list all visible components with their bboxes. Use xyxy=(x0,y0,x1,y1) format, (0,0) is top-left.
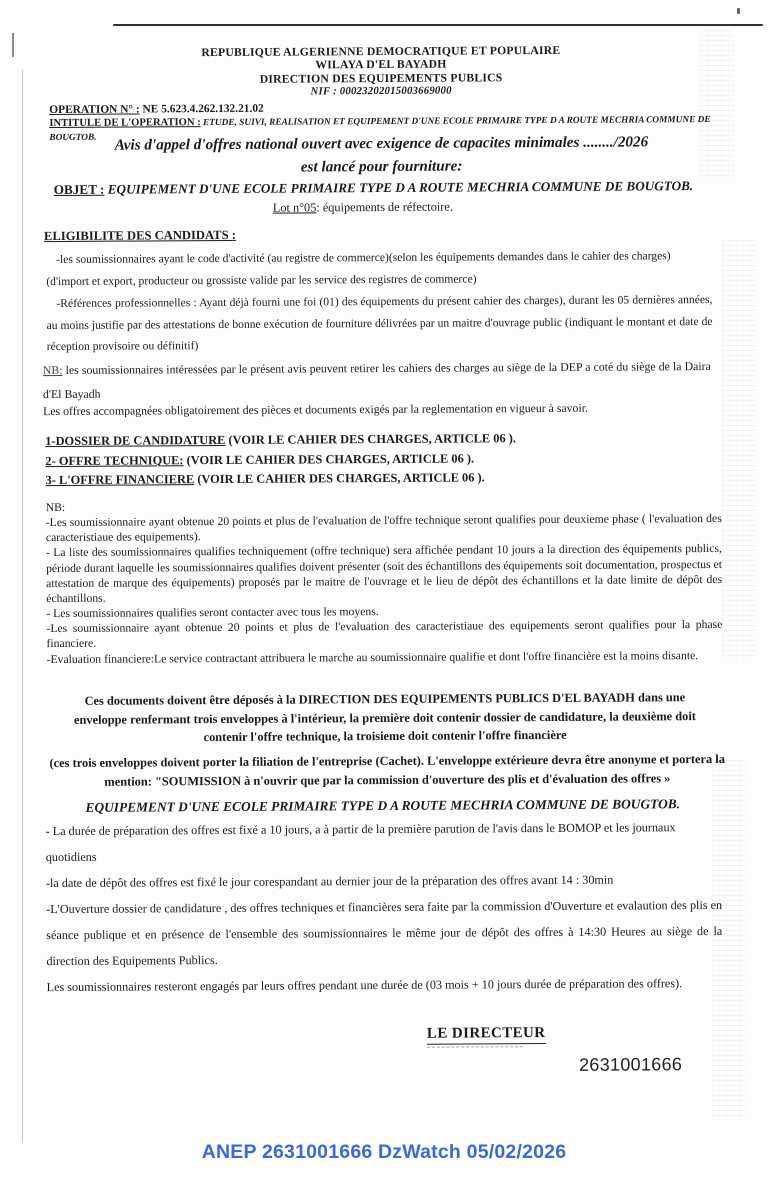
dossier-rest: (VOIR LE CAHIER DES CHARGES, ARTICLE 06 … xyxy=(225,431,516,447)
eligibility-heading-text: ELIGIBILITE DES CANDIDATS xyxy=(44,228,229,243)
nb2-paragraph: -Les soumissionnaire ayant obtenue 20 po… xyxy=(46,511,722,545)
conditions-block: - La durée de préparation des offres est… xyxy=(46,814,723,1000)
dossier-rest: (VOIR LE CAHIER DES CHARGES, ARTICLE 06 … xyxy=(183,451,474,467)
lot-line: Lot n°05: équipements de réfectoire. xyxy=(0,198,728,217)
nb2-paragraph: -Les soumissionnaire ayant obtenue 20 po… xyxy=(46,617,722,651)
dossier-label: 1-DOSSIER DE CANDIDATURE xyxy=(45,433,225,448)
operation-number: NE 5.623.4.262.132.21.02 xyxy=(140,103,264,116)
deposit-paragraph: Ces documents doivent être déposés à la … xyxy=(65,688,705,748)
letterhead: REPUBLIQUE ALGERIENNE DEMOCRATIQUE ET PO… xyxy=(0,43,765,101)
pieces-note: Les offres accompagnées obligatoirement … xyxy=(43,400,723,419)
nb-retrait-paragraph: NB: les soumissionnaires intéressées par… xyxy=(43,354,711,407)
condition-paragraph: -la date de dépôt des offres est fixé le… xyxy=(46,866,722,896)
nb-evaluation-block: NB: -Les soumissionnaire ayant obtenue 2… xyxy=(46,496,723,667)
eligibility-paragraph: -Références professionnelles : Ayant déj… xyxy=(46,289,712,358)
dossier-label: 3- L'OFFRE FINANCIERE xyxy=(45,472,194,487)
lot-label: Lot n°05 xyxy=(273,200,317,214)
notice-title: Avis d'appel d'offres national ouvert av… xyxy=(0,131,766,181)
operation-intitule-label: INTITULE DE L'OPERATION : xyxy=(49,117,200,129)
operation-label: OPERATION N° : xyxy=(49,103,139,116)
nb2-paragraph: -Evaluation financiere:Le service contra… xyxy=(47,647,723,666)
lot-text: : équipements de réfectoire. xyxy=(316,200,453,215)
footer-publication-line: ANEP 2631001666 DzWatch 05/02/2026 xyxy=(0,1141,768,1164)
eligibility-heading: ELIGIBILITE DES CANDIDATS : xyxy=(44,228,236,244)
objet-label: OBJET : xyxy=(54,182,105,197)
dossier-list: 1-DOSSIER DE CANDIDATURE (VOIR LE CAHIER… xyxy=(45,428,745,491)
objet-line: OBJET : EQUIPEMENT D'UNE ECOLE PRIMAIRE … xyxy=(54,178,744,198)
document-page: REPUBLIQUE ALGERIENNE DEMOCRATIQUE ET PO… xyxy=(0,0,768,1183)
anep-number: 2631001666 xyxy=(579,1054,682,1076)
objet-text: EQUIPEMENT D'UNE ECOLE PRIMAIRE TYPE D A… xyxy=(104,178,693,197)
condition-paragraph: -L'Ouverture dossier de candidature , de… xyxy=(46,892,722,974)
dossier-item: 3- L'OFFRE FINANCIERE (VOIR LE CAHIER DE… xyxy=(45,467,745,491)
project-title: EQUIPEMENT D'UNE ECOLE PRIMAIRE TYPE D A… xyxy=(85,796,765,816)
envelope-paragraph: (ces trois enveloppes doivent porter la … xyxy=(37,750,737,792)
nb-text: les soumissionnaires intéressées par le … xyxy=(43,359,711,401)
condition-paragraph: Les soumissionnaires resteront engagés p… xyxy=(47,970,723,1000)
notice-title-line2: est lancé pour fourniture: xyxy=(0,153,766,180)
nb2-paragraph: - La liste des soumissionnaires qualifie… xyxy=(46,541,722,606)
dossier-label: 2- OFFRE TECHNIQUE: xyxy=(45,453,183,468)
signature-title: LE DIRECTEUR xyxy=(427,1025,546,1045)
nb-label: NB: xyxy=(43,363,63,377)
signature-underline xyxy=(427,1046,523,1048)
dossier-rest: (VOIR LE CAHIER DES CHARGES, ARTICLE 06 … xyxy=(194,470,485,486)
eligibility-heading-colon: : xyxy=(229,228,236,242)
condition-paragraph: - La durée de préparation des offres est… xyxy=(46,814,722,870)
